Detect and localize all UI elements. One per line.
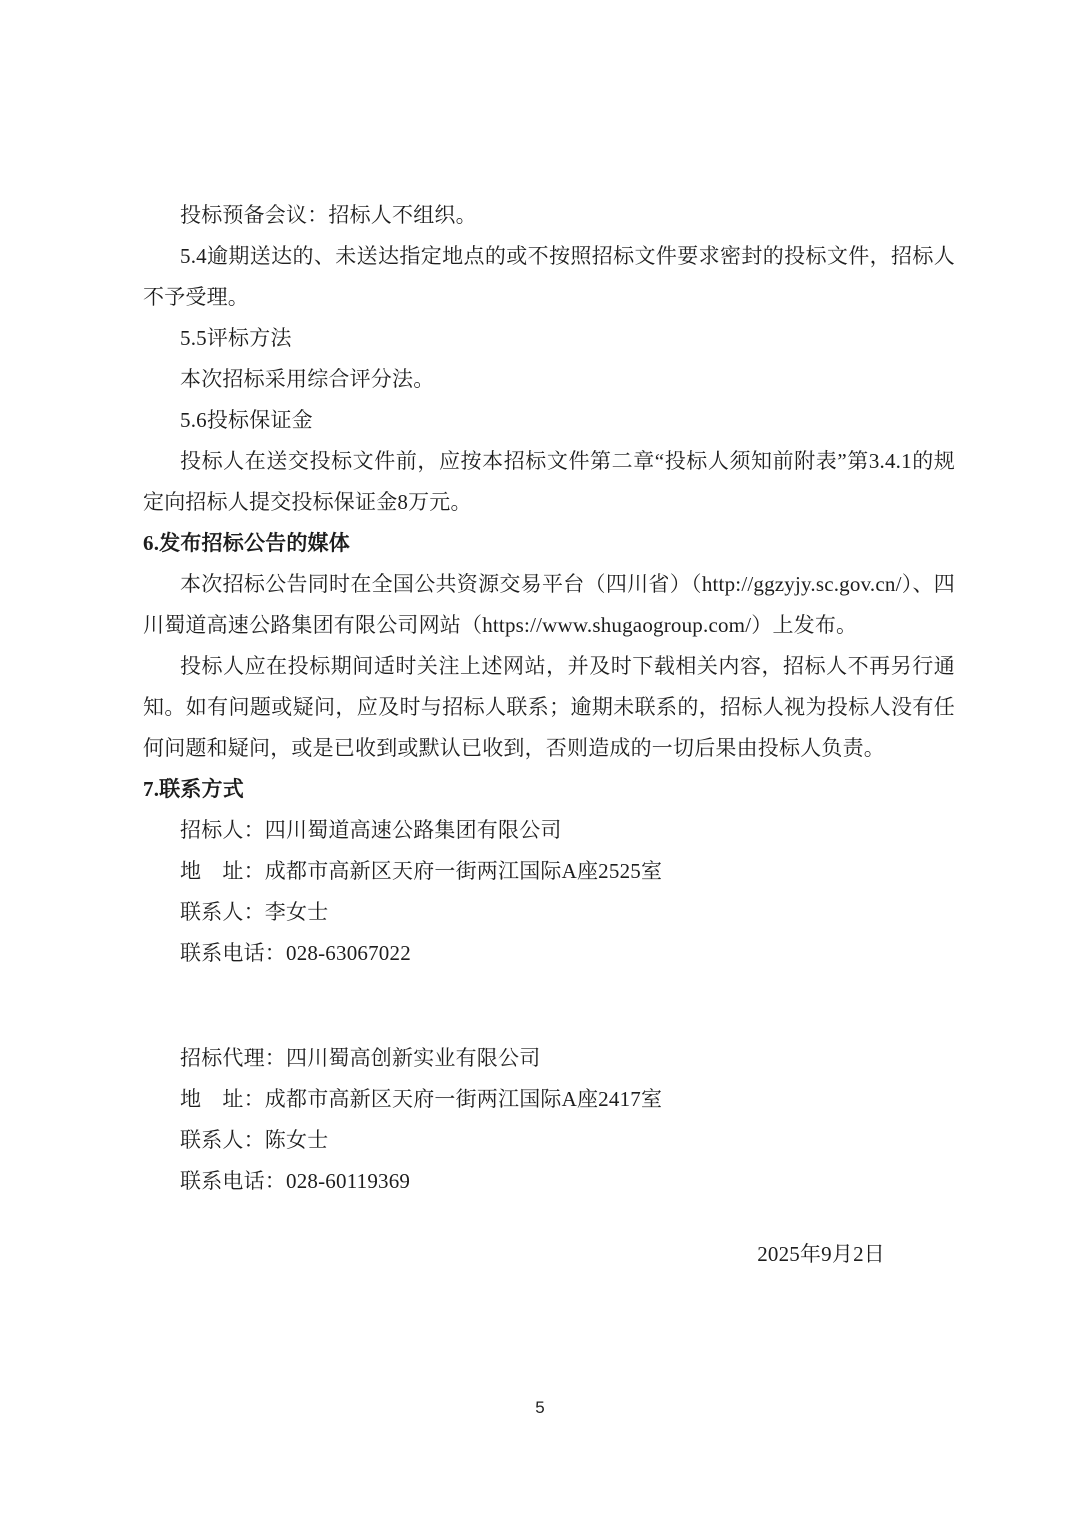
paragraph-clause-5-6-body: 投标人在送交投标文件前，应按本招标文件第二章“投标人须知前附表”第3.4.1的规…: [143, 441, 955, 523]
paragraph-clause-5-5-body: 本次招标采用综合评分法。: [143, 359, 955, 400]
contact-bidder-address: 地 址：成都市高新区天府一街两江国际A座2525室: [143, 851, 955, 892]
paragraph-clause-5-6-heading: 5.6投标保证金: [143, 400, 955, 441]
section-heading-media: 6.发布招标公告的媒体: [143, 523, 955, 564]
paragraph-pre-bid-meeting: 投标预备会议：招标人不组织。: [143, 195, 955, 236]
paragraph-clause-5-4: 5.4逾期送达的、未送达指定地点的或不按照招标文件要求密封的投标文件，招标人不予…: [143, 236, 955, 318]
section-heading-contact: 7.联系方式: [143, 769, 955, 810]
contact-agency-address: 地 址：成都市高新区天府一街两江国际A座2417室: [143, 1079, 955, 1120]
contact-bidder-person: 联系人：李女士: [143, 892, 955, 933]
contact-agency-name: 招标代理：四川蜀高创新实业有限公司: [143, 1038, 955, 1079]
page-content: 投标预备会议：招标人不组织。 5.4逾期送达的、未送达指定地点的或不按照招标文件…: [143, 195, 955, 1275]
paragraph-clause-5-5-heading: 5.5评标方法: [143, 318, 955, 359]
contact-agency-person: 联系人：陈女士: [143, 1120, 955, 1161]
contact-bidder-name: 招标人：四川蜀道高速公路集团有限公司: [143, 810, 955, 851]
contact-bidder-phone: 联系电话：028-63067022: [143, 933, 955, 974]
paragraph-media-platforms: 本次招标公告同时在全国公共资源交易平台（四川省）（http://ggzyjy.s…: [143, 564, 955, 646]
document-page: { "sections": { "bid_submission": { "pre…: [0, 0, 1080, 1527]
signature-date: 2025年9月2日: [143, 1234, 955, 1275]
page-number: 5: [0, 1396, 1080, 1420]
contact-agency-phone: 联系电话：028-60119369: [143, 1161, 955, 1202]
paragraph-media-notice: 投标人应在投标期间适时关注上述网站，并及时下载相关内容，招标人不再另行通知。如有…: [143, 646, 955, 769]
